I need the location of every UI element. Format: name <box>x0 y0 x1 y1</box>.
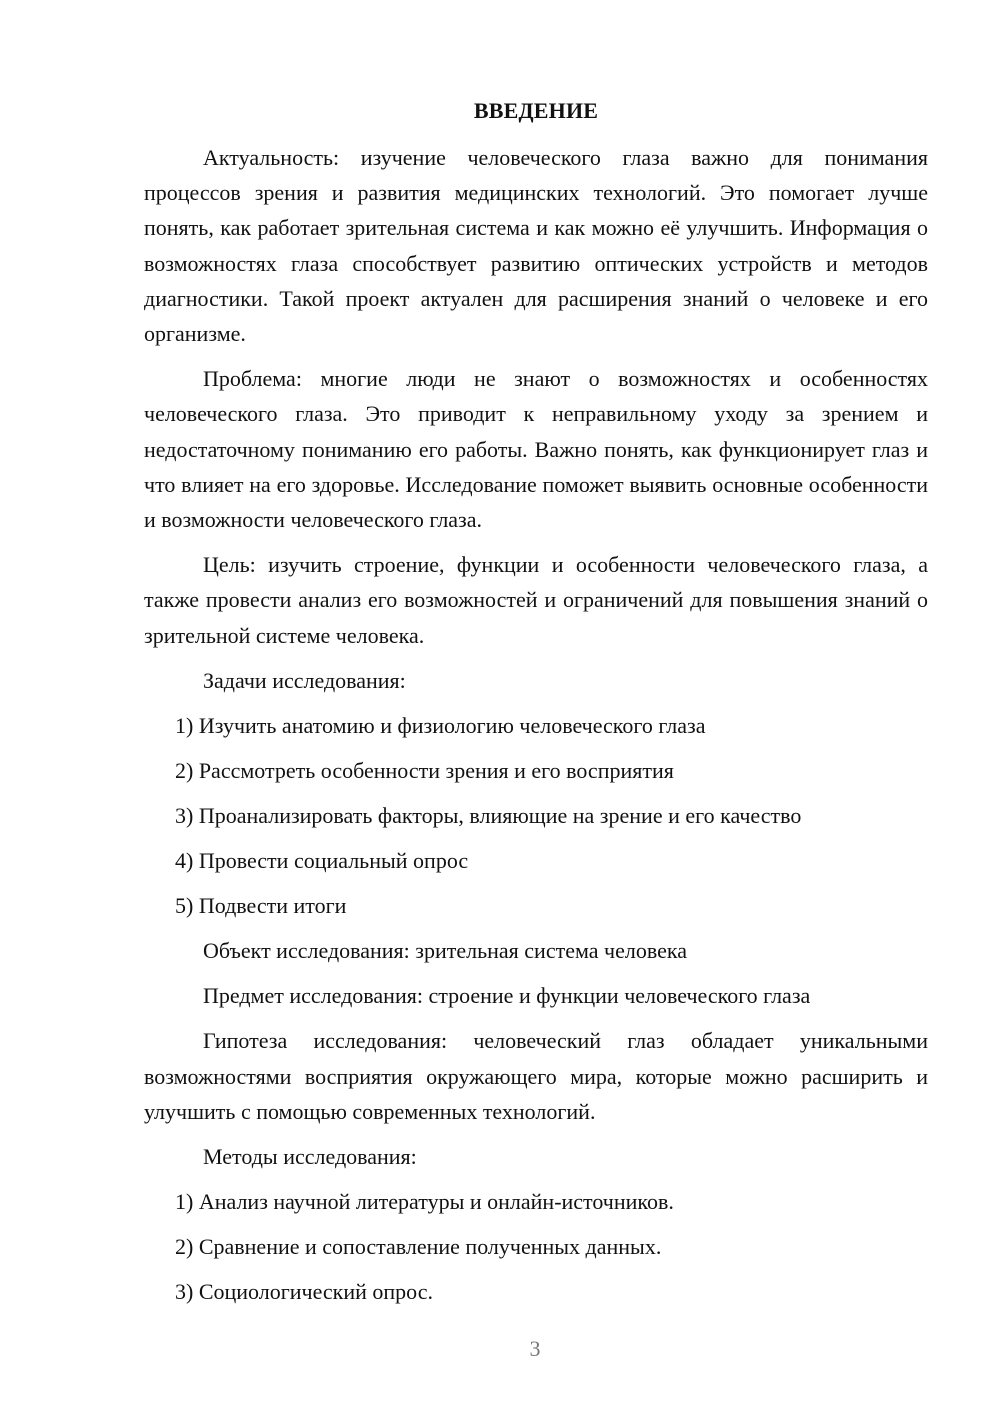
page-number: 3 <box>0 1336 1000 1362</box>
methods-heading: Методы исследования: <box>144 1139 928 1174</box>
subject-paragraph: Предмет исследования: строение и функции… <box>144 978 928 1013</box>
tasks-list: 1) Изучить анатомию и физиологию человеч… <box>144 708 928 923</box>
list-item: 2) Рассмотреть особенности зрения и его … <box>144 753 928 788</box>
page-title: ВВЕДЕНИЕ <box>144 96 928 126</box>
document-page: ВВЕДЕНИЕ Актуальность: изучение человече… <box>144 96 928 1319</box>
relevance-paragraph: Актуальность: изучение человеческого гла… <box>144 140 928 351</box>
list-item: 4) Провести социальный опрос <box>144 843 928 878</box>
list-item: 5) Подвести итоги <box>144 888 928 923</box>
object-paragraph: Объект исследования: зрительная система … <box>144 933 928 968</box>
list-item: 1) Анализ научной литературы и онлайн-ис… <box>144 1184 928 1219</box>
list-item: 2) Сравнение и сопоставление полученных … <box>144 1229 928 1264</box>
methods-list: 1) Анализ научной литературы и онлайн-ис… <box>144 1184 928 1309</box>
goal-paragraph: Цель: изучить строение, функции и особен… <box>144 547 928 653</box>
list-item: 3) Проанализировать факторы, влияющие на… <box>144 798 928 833</box>
hypothesis-paragraph: Гипотеза исследования: человеческий глаз… <box>144 1023 928 1129</box>
list-item: 3) Социологический опрос. <box>144 1274 928 1309</box>
problem-paragraph: Проблема: многие люди не знают о возможн… <box>144 361 928 537</box>
list-item: 1) Изучить анатомию и физиологию человеч… <box>144 708 928 743</box>
tasks-heading: Задачи исследования: <box>144 663 928 698</box>
